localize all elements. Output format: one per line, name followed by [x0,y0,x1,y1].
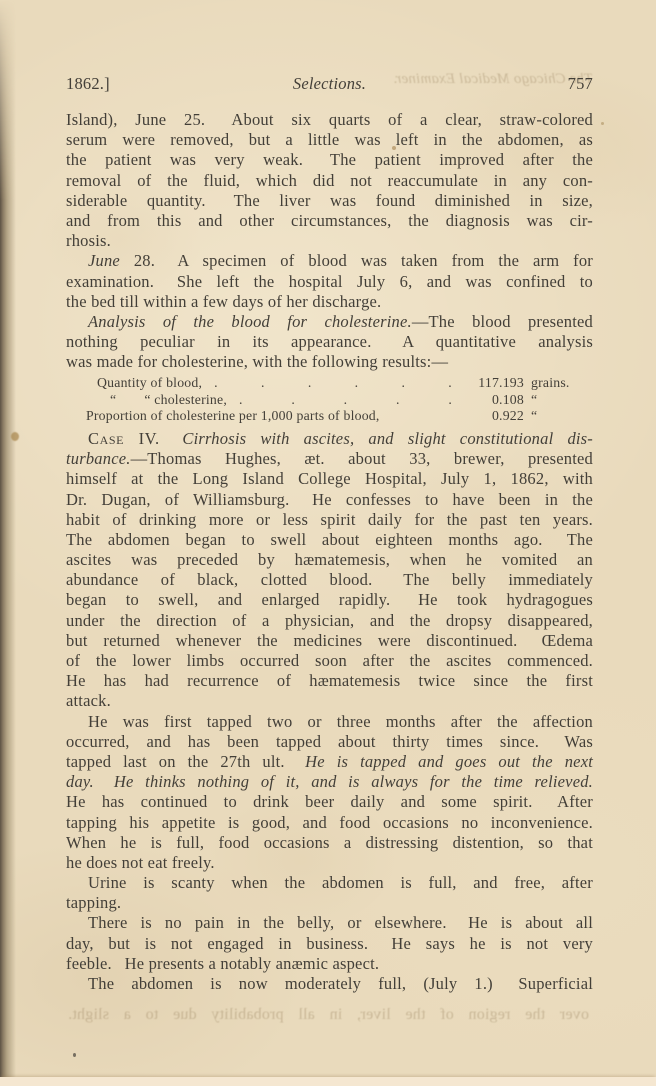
header-year: 1862.] [66,74,110,94]
text-run: The abdomen began to swell about eightee… [66,530,593,549]
text-line: the patient was very weak. The patient i… [66,150,593,170]
text-run: day. He thinks nothing of it, and is alw… [66,772,593,791]
text-run: nothing peculiar in its appearance. A qu… [66,332,593,351]
running-head: 1862.] Selections. 757 [66,74,593,95]
text-line: When he is full, food occasions a distre… [66,833,593,853]
text-line: serum were removed, but a little was lef… [66,130,593,150]
text-run: 28. A specimen of blood was taken from t… [120,251,593,270]
text-line: occurred, and has been tapped about thir… [66,732,593,752]
text-run: tapping. [66,893,121,912]
text-run: but returned whenever the medicines were… [66,631,593,650]
text-line: the bed till within a few days of her di… [66,292,593,312]
text-line: June 28. A specimen of blood was taken f… [66,251,593,271]
paper-speck [392,146,396,150]
text-line: turbance.—Thomas Hughes, æt. about 33, b… [66,449,593,469]
text-line: tapping his appetite is good, and food o… [66,813,593,833]
text-run: Urine is scanty when the abdomen is full… [88,873,593,892]
table-row: Proportion of cholesterine per 1,000 par… [86,408,593,425]
text-line: of the lower limbs occurred soon after t… [66,651,593,671]
dot-leader: . [448,375,452,392]
text-line: day. He thinks nothing of it, and is alw… [66,772,593,792]
text-line: tapping. [66,893,593,913]
text-line: The abdomen began to swell about eightee… [66,530,593,550]
text-run: —Thomas Hughes, æt. about 33, brewer, pr… [131,449,593,468]
page-bottom-edge [0,1077,656,1086]
text-run: June [88,251,120,270]
text-run: Case IV. [88,429,160,448]
paragraph: Analysis of the blood for cholesterine.—… [66,312,593,373]
text-run: He has continued to drink beer daily and… [66,792,593,811]
text-line: Case IV. Cirrhosis with ascites, and sli… [66,429,593,449]
table-row-unit: grains. [524,375,593,392]
paragraph: Urine is scanty when the abdomen is full… [66,873,593,913]
text-line: rhosis. [66,231,593,251]
text-run: Analysis of the blood for cholesterine. [88,312,412,331]
text-run: day, but is not engaged in business. He … [66,934,593,953]
page-left-edge-shadow [0,0,18,1086]
text-line: himself at the Long Island College Hospi… [66,469,593,489]
dot-leader: . [401,375,405,392]
text-line: examination. She left the hospital July … [66,272,593,292]
table-row-value: 0.922 [468,408,524,425]
paragraph: June 28. A specimen of blood was taken f… [66,251,593,312]
text-line: He has had recurrence of hæmatemesis twi… [66,671,593,691]
text-line: The abdomen is now moderately full, (Jul… [66,974,593,994]
text-line: but returned whenever the medicines were… [66,631,593,651]
dot-leaders: ...... [202,375,468,392]
dot-leader: . [261,375,265,392]
dot-leader: . [214,375,218,392]
table-row-label: Proportion of cholesterine per 1,000 par… [86,408,380,425]
text-run: the patient was very weak. The patient i… [66,150,593,169]
text-run: Dr. Dugan, of Williamsburg. He confesses… [66,490,593,509]
table-row-unit: “ [524,408,593,425]
text-run: ascites was preceded by hæmatemesis, whe… [66,550,593,569]
text-line: siderable quantity. The liver was found … [66,191,593,211]
dot-leader: . [239,392,243,409]
dot-leader: . [291,392,295,409]
text-run: habit of drinking more or less spirit da… [66,510,593,529]
text-run: When he is full, food occasions a distre… [66,833,593,852]
text-run: of the lower limbs occurred soon after t… [66,651,593,670]
bleedthrough-bottom-text: over the region of the liver, in all pro… [68,1006,589,1024]
text-run: examination. She left the hospital July … [66,272,593,291]
text-run: himself at the Long Island College Hospi… [66,469,593,488]
table-row: Quantity of blood,......117.193grains. [97,375,593,392]
table-row-value: 0.108 [468,392,524,409]
text-run: under the direction of a physician, and … [66,611,593,630]
header-page-number: 757 [568,74,593,94]
text-line: attack. [66,691,593,711]
text-line: and from this and other circumstances, t… [66,211,593,231]
measurement-table: Quantity of blood,......117.193grains.“ … [66,375,593,425]
paragraph: There is no pain in the belly, or elsewh… [66,913,593,974]
text-run: the bed till within a few days of her di… [66,292,381,311]
text-run: turbance. [66,449,131,468]
text-run: and from this and other circumstances, t… [66,211,593,230]
text-run: He was first tapped two or three months … [88,712,593,731]
table-row-label: “ “ cholesterine, [110,392,227,409]
text-line: Dr. Dugan, of Williamsburg. He confesses… [66,490,593,510]
text-line: He was first tapped two or three months … [66,712,593,732]
text-line: ascites was preceded by hæmatemesis, whe… [66,550,593,570]
dot-leader: . [355,375,359,392]
paper-speck [11,432,19,441]
table-row-value: 117.193 [468,375,524,392]
text-line: He has continued to drink beer daily and… [66,792,593,812]
text-line: he does not eat freely. [66,853,593,873]
text-line: nothing peculiar in its appearance. A qu… [66,332,593,352]
text-line: tapped last on the 27th ult. He is tappe… [66,752,593,772]
paragraph: Island), June 25. About six quarts of a … [66,110,593,251]
text-block: Island), June 25. About six quarts of a … [66,110,593,994]
dot-leader: . [448,392,452,409]
text-run: was made for cholesterine, with the foll… [66,352,448,371]
text-line: under the direction of a physician, and … [66,611,593,631]
text-run: There is no pain in the belly, or elsewh… [88,913,593,932]
text-run: rhosis. [66,231,111,250]
paragraph: The abdomen is now moderately full, (Jul… [66,974,593,994]
paper-speck [601,122,604,125]
dot-leader: . [396,392,400,409]
text-run: occurred, and has been tapped about thir… [66,732,593,751]
text-run: Island), June 25. About six quarts of a … [66,110,593,129]
text-line: Analysis of the blood for cholesterine.—… [66,312,593,332]
text-run: siderable quantity. The liver was found … [66,191,593,210]
text-run: began to swell, and enlarged rapidly. He… [66,590,593,609]
header-section-title: Selections. [293,74,366,94]
dot-leader: . [344,392,348,409]
text-run: feeble. He presents a notably anæmic asp… [66,954,379,973]
text-line: Island), June 25. About six quarts of a … [66,110,593,130]
dot-leaders: ..... [227,392,468,409]
text-line: There is no pain in the belly, or elsewh… [66,913,593,933]
text-run: removal of the fluid, which did not reac… [66,171,593,190]
paragraph: He was first tapped two or three months … [66,712,593,874]
text-run: serum were removed, but a little was lef… [66,130,593,149]
text-run: He is tapped and goes out the next [305,752,593,771]
text-run: he does not eat freely. [66,853,215,872]
text-line: began to swell, and enlarged rapidly. He… [66,590,593,610]
text-run: The abdomen is now moderately full, (Jul… [88,974,593,993]
text-run [160,429,183,448]
text-run: tapped last on the 27th ult. [66,752,305,771]
text-run: attack. [66,691,111,710]
text-line: Urine is scanty when the abdomen is full… [66,873,593,893]
text-line: day, but is not engaged in business. He … [66,934,593,954]
paragraph: Case IV. Cirrhosis with ascites, and sli… [66,429,593,712]
text-run: He has had recurrence of hæmatemesis twi… [66,671,593,690]
text-line: feeble. He presents a notably anæmic asp… [66,954,593,974]
text-run: tapping his appetite is good, and food o… [66,813,593,832]
text-line: abundance of black, clotted blood. The b… [66,570,593,590]
table-row: “ “ cholesterine,.....0.108“ [110,392,593,409]
table-row-unit: “ [524,392,593,409]
text-run: Cirrhosis with ascites, and slight const… [182,429,593,448]
dot-leader: . [308,375,312,392]
text-line: was made for cholesterine, with the foll… [66,352,593,372]
paper-speck [73,1053,76,1057]
text-line: removal of the fluid, which did not reac… [66,171,593,191]
scanned-page: The Chicago Medical Examiner. 1862.] Sel… [0,0,656,1086]
text-line: habit of drinking more or less spirit da… [66,510,593,530]
text-run: abundance of black, clotted blood. The b… [66,570,593,589]
table-row-label: Quantity of blood, [97,375,202,392]
text-run: —The blood presented [412,312,593,331]
